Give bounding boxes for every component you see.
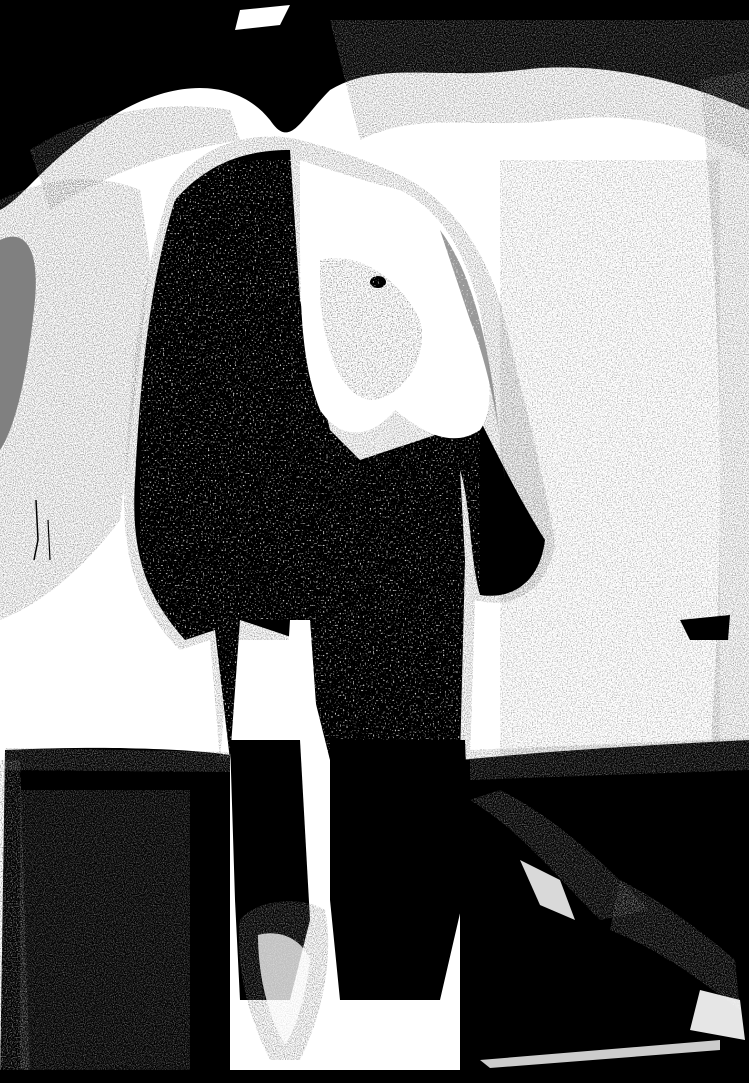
painting xyxy=(0,0,749,1083)
artwork-canvas xyxy=(0,0,749,1083)
